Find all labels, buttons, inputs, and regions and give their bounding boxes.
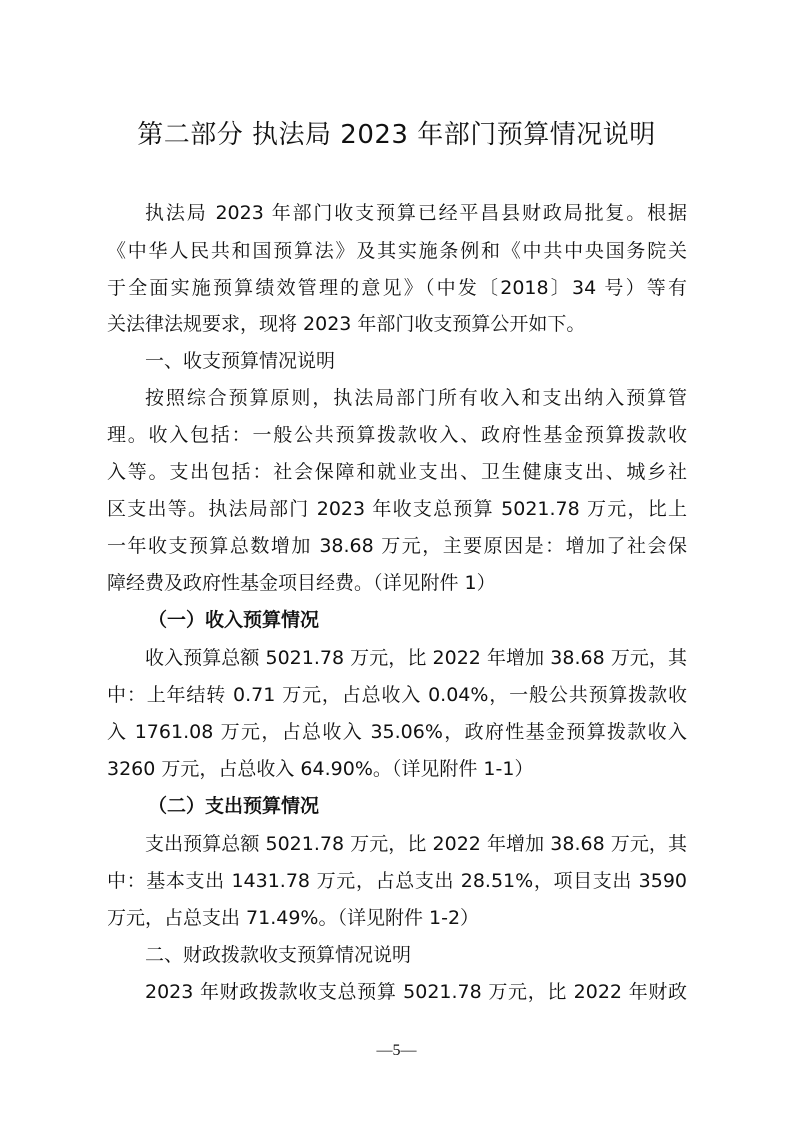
- intro-line-4: 关法律法规要求，现将 2023 年部门收支预算公开如下。: [107, 309, 687, 339]
- section-1-line-1: 按照综合预算原则，执法局部门所有收入和支出纳入预算管: [145, 383, 687, 413]
- section-1-line-5: 一年收支预算总数增加 38.68 万元，主要原因是：增加了社会保: [107, 531, 687, 561]
- income-line-2: 中：上年结转 0.71 万元，占总收入 0.04%，一般公共预算拨款收: [107, 680, 687, 710]
- page-title: 第二部分 执法局 2023 年部门预算情况说明: [0, 114, 793, 151]
- section-1-heading: 一、收支预算情况说明: [145, 346, 687, 376]
- page-number: —5—: [0, 1042, 793, 1060]
- expenditure-line-1: 支出预算总额 5021.78 万元，比 2022 年增加 38.68 万元，其: [145, 829, 687, 859]
- expenditure-line-2: 中：基本支出 1431.78 万元，占总支出 28.51%，项目支出 3590: [107, 866, 687, 896]
- intro-line-3: 于全面实施预算绩效管理的意见》（中发〔2018〕34 号）等有: [107, 273, 687, 303]
- section-1-line-4: 区支出等。执法局部门 2023 年收支总预算 5021.78 万元，比上: [107, 494, 687, 524]
- document-page: 第二部分 执法局 2023 年部门预算情况说明 执法局 2023 年部门收支预算…: [0, 0, 793, 1122]
- section-1-line-6: 障经费及政府性基金项目经费。（详见附件 1）: [107, 568, 687, 598]
- intro-line-1: 执法局 2023 年部门收支预算已经平昌县财政局批复。根据: [145, 198, 687, 228]
- intro-line-2: 《中华人民共和国预算法》及其实施条例和《中共中央国务院关: [107, 236, 687, 266]
- section-1-line-2: 理。收入包括：一般公共预算拨款收入、政府性基金预算拨款收: [107, 420, 687, 450]
- expenditure-line-3: 万元，占总支出 71.49%。（详见附件 1-2）: [107, 903, 687, 933]
- income-heading: （一）收入预算情况: [148, 605, 728, 635]
- income-line-3: 入 1761.08 万元，占总收入 35.06%，政府性基金预算拨款收入: [107, 717, 687, 747]
- section-1-line-3: 入等。支出包括：社会保障和就业支出、卫生健康支出、城乡社: [107, 457, 687, 487]
- expenditure-heading: （二）支出预算情况: [148, 791, 728, 821]
- section-2-line-1: 2023 年财政拨款收支总预算 5021.78 万元，比 2022 年财政: [145, 977, 687, 1007]
- income-line-1: 收入预算总额 5021.78 万元，比 2022 年增加 38.68 万元，其: [145, 643, 687, 673]
- section-2-heading: 二、财政拨款收支预算情况说明: [145, 940, 687, 970]
- income-line-4: 3260 万元，占总收入 64.90%。（详见附件 1-1）: [107, 754, 687, 784]
